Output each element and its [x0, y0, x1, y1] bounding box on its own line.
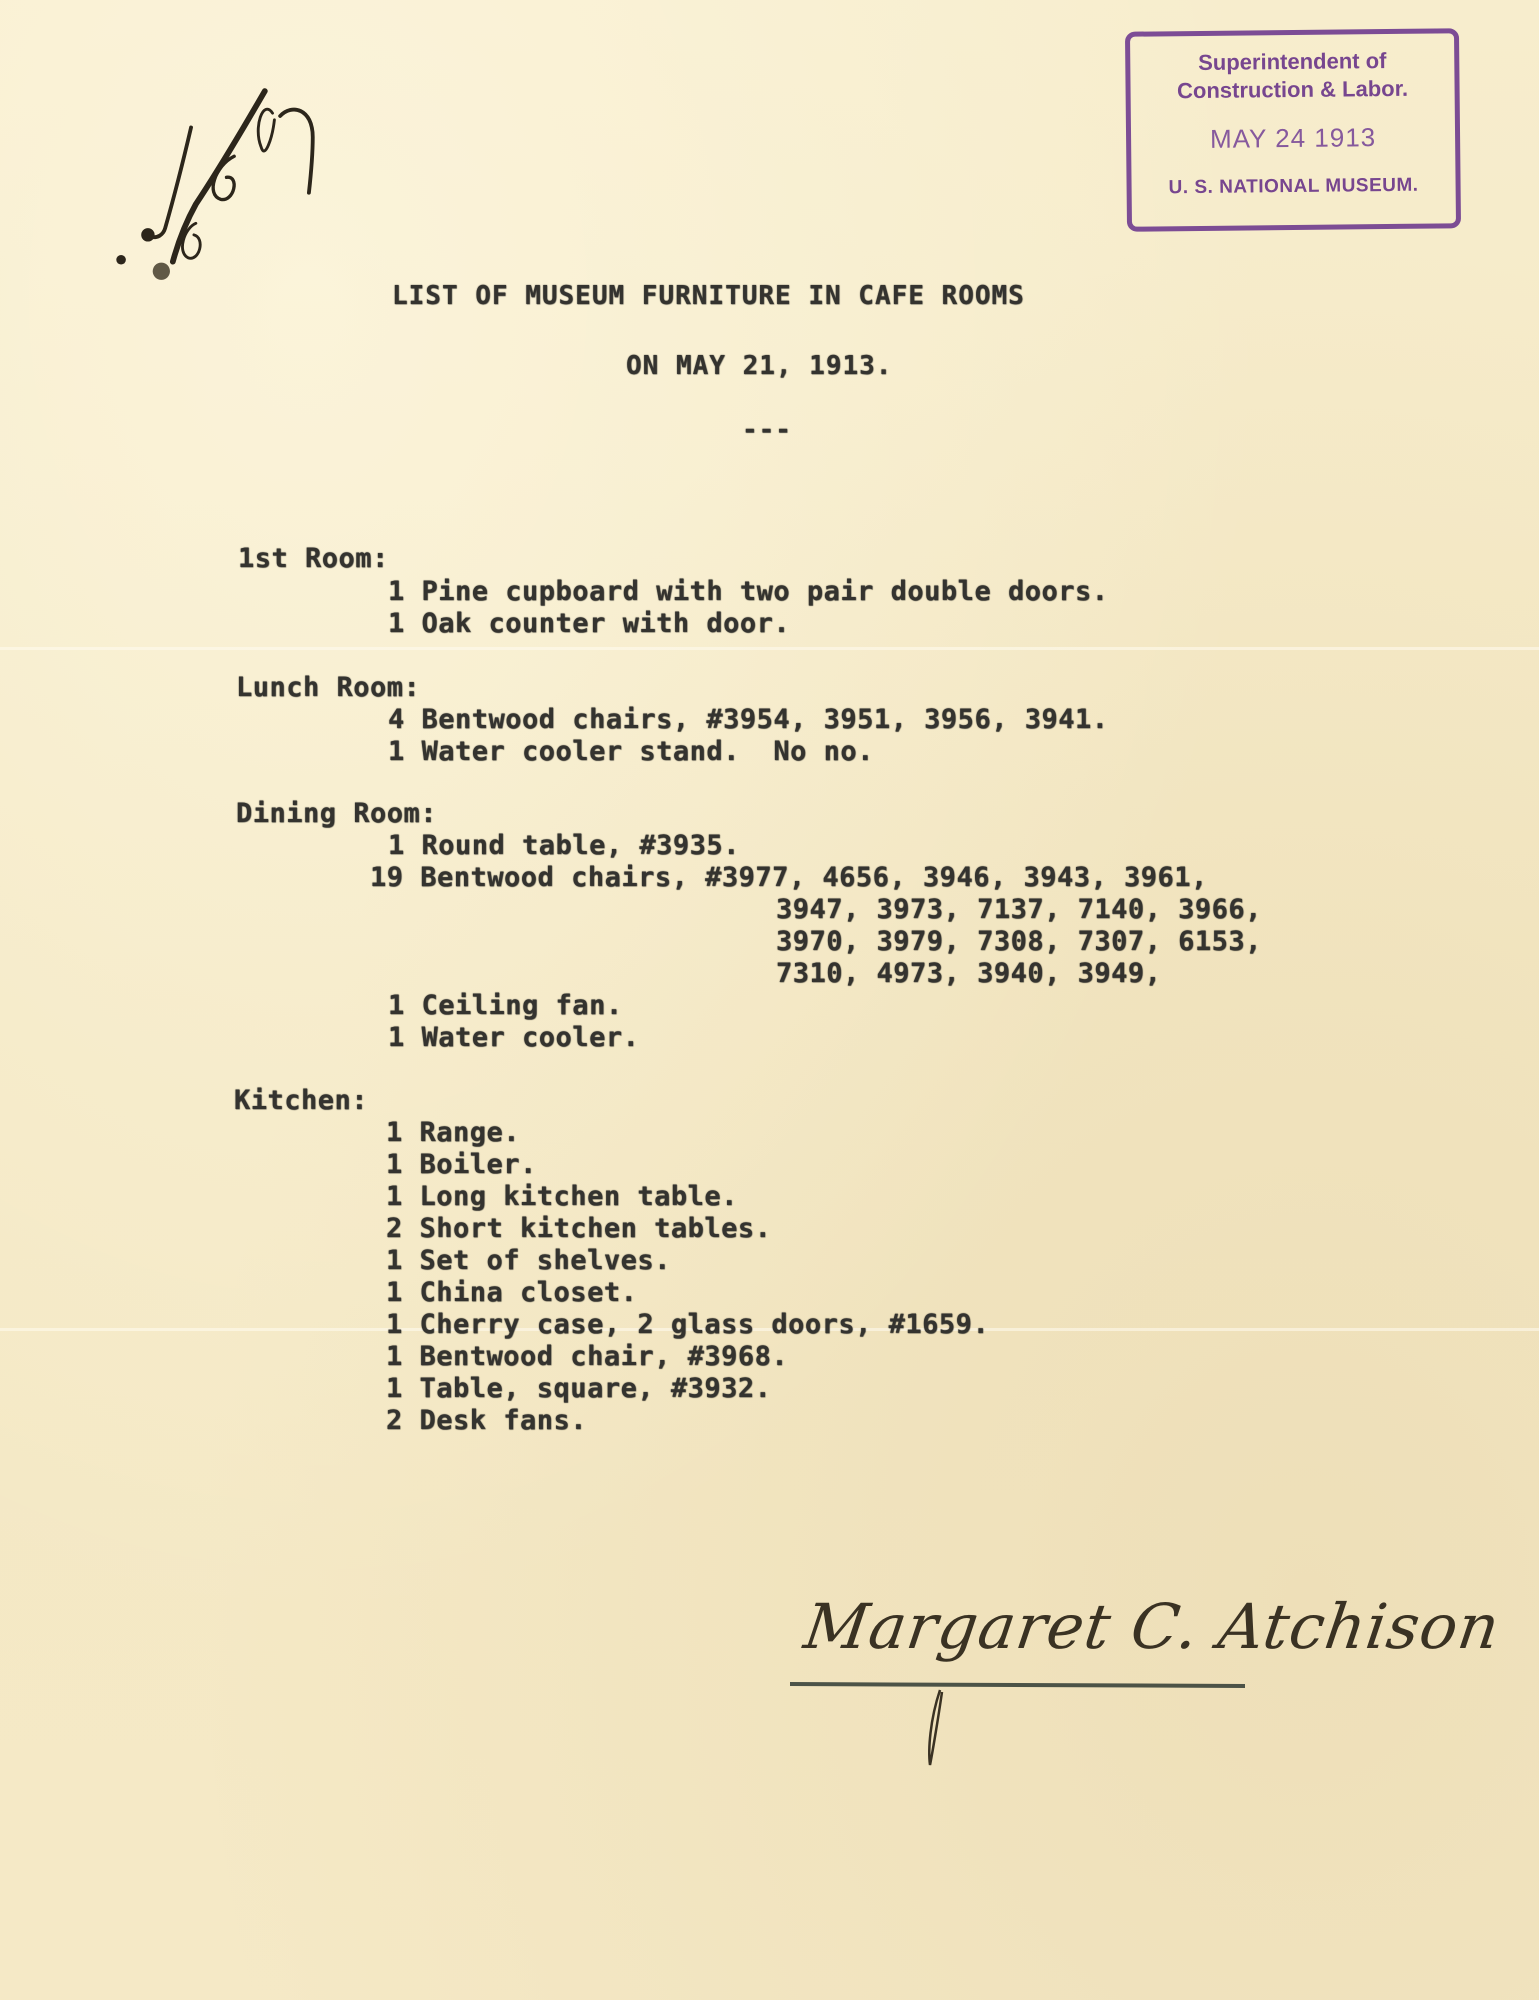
list-item-continuation: 7310, 4973, 3940, 3949,	[776, 958, 1161, 990]
list-item: 1 Pine cupboard with two pair double doo…	[388, 576, 1108, 608]
list-item: 1 Ceiling fan.	[388, 990, 623, 1022]
list-item: 1 Water cooler.	[388, 1022, 639, 1054]
section-heading-lunch-room: Lunch Room:	[236, 672, 420, 704]
paper-fold-line	[0, 647, 1539, 650]
received-stamp: Superintendent of Construction & Labor. …	[1125, 28, 1461, 231]
list-item: 2 Short kitchen tables.	[386, 1213, 771, 1245]
section-heading-dining-room: Dining Room:	[236, 798, 437, 830]
document-subtitle: ON MAY 21, 1913.	[626, 350, 892, 382]
section-heading-1st-room: 1st Room:	[238, 543, 389, 575]
list-item: 1 Oak counter with door.	[388, 608, 790, 640]
list-item: 1 Cherry case, 2 glass doors, #1659.	[386, 1309, 989, 1341]
list-item: 1 Table, square, #3932.	[386, 1373, 771, 1405]
title-divider: ---	[742, 414, 792, 446]
stamp-date: MAY 24 1913	[1131, 121, 1455, 155]
stamp-office-line2: Construction & Labor.	[1130, 75, 1454, 104]
list-item: 2 Desk fans.	[386, 1405, 587, 1437]
section-heading-kitchen: Kitchen:	[234, 1085, 368, 1117]
list-item: 1 Water cooler stand. No no.	[388, 736, 874, 768]
list-item: 1 Boiler.	[386, 1149, 537, 1181]
list-item: 1 Bentwood chair, #3968.	[386, 1341, 788, 1373]
stamp-office-line1: Superintendent of	[1130, 45, 1454, 78]
list-item: 1 Set of shelves.	[386, 1245, 671, 1277]
handwritten-initials-mark	[100, 70, 330, 300]
list-item: 4 Bentwood chairs, #3954, 3951, 3956, 39…	[388, 704, 1108, 736]
list-item: 1 Round table, #3935.	[388, 830, 740, 862]
document-title: LIST OF MUSEUM FURNITURE IN CAFE ROOMS	[392, 280, 1025, 312]
list-item: 1 China closet.	[386, 1277, 637, 1309]
signature-underline-icon	[790, 1580, 1539, 1770]
signature-block: Margaret C. Atchison	[790, 1580, 1539, 1770]
list-item-continuation: 3947, 3973, 7137, 7140, 3966,	[776, 894, 1262, 926]
list-item: 1 Long kitchen table.	[386, 1181, 738, 1213]
stamp-institution: U. S. NATIONAL MUSEUM.	[1131, 174, 1455, 199]
list-item: 1 Range.	[386, 1117, 520, 1149]
list-item-continuation: 3970, 3979, 7308, 7307, 6153,	[776, 926, 1262, 958]
list-item: 19 Bentwood chairs, #3977, 4656, 3946, 3…	[370, 862, 1208, 894]
